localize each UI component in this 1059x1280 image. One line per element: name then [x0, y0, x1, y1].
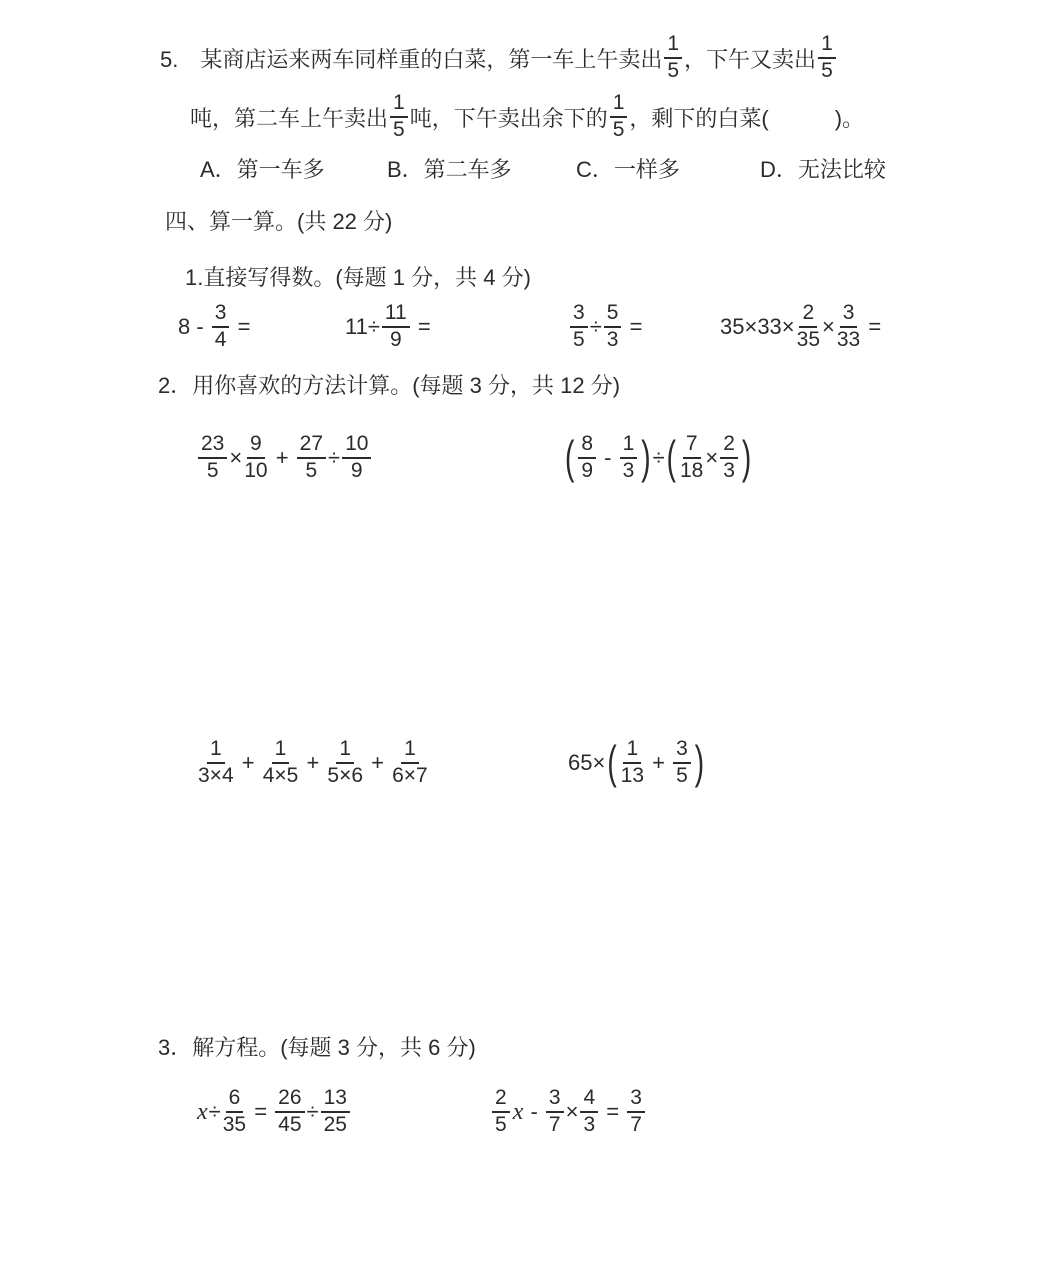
fraction-numerator: 4 [580, 1087, 598, 1113]
math-text: 11÷ [345, 314, 380, 340]
math-text: - [598, 445, 618, 471]
fraction-denominator: 5 [305, 459, 317, 483]
fraction-numerator: 1 [207, 738, 225, 764]
fraction-numerator: 1 [664, 33, 682, 59]
part1-expr-4: 35×33×235×333 = [720, 297, 881, 357]
fraction-numerator: 6 [226, 1087, 244, 1113]
fraction-numerator: 3 [840, 302, 858, 328]
fraction-numerator: 1 [610, 92, 628, 118]
math-text: 35×33× [720, 314, 795, 340]
fraction: 35 [673, 738, 691, 787]
part1-heading: 1.直接写得数。(每题 1 分，共 4 分) [185, 261, 531, 292]
fraction-numerator: 26 [275, 1087, 304, 1113]
fraction-denominator: 5×6 [327, 764, 363, 788]
fraction-numerator: 11 [382, 302, 410, 328]
fraction-numerator: 3 [673, 738, 691, 764]
fraction-denominator: 3 [607, 328, 619, 352]
part2-expr-4: 65×(113 + 35) [568, 727, 706, 799]
math-text: ，剩下的白菜( )。 [629, 102, 864, 133]
fraction-numerator: 1 [336, 738, 354, 764]
math-text: = [600, 1099, 625, 1125]
fraction: 15×6 [327, 738, 363, 787]
fraction-denominator: 9 [390, 328, 402, 352]
part3-heading: 3．解方程。(每题 3 分，共 6 分) [158, 1031, 476, 1062]
fraction: 235 [198, 433, 227, 482]
part2-expr-2: (89 - 13)÷(718×23) [563, 422, 753, 494]
fraction-numerator: 1 [401, 738, 419, 764]
math-text: ÷ [209, 1099, 221, 1125]
fraction: 235 [797, 302, 820, 351]
part1-expr-1: 8 - 34 = [178, 297, 250, 357]
left-paren: ( [607, 740, 616, 786]
fraction: 109 [342, 433, 371, 482]
math-text: 65× [568, 750, 605, 776]
fraction-denominator: 4×5 [263, 764, 299, 788]
fraction-numerator: 3 [546, 1087, 564, 1113]
math-text: + [300, 750, 325, 776]
variable: x [197, 1099, 208, 1126]
fraction-numerator: 5 [604, 302, 622, 328]
part1-expr-2: 11÷119 = [345, 297, 431, 357]
math-text: = [248, 1099, 273, 1125]
fraction-numerator: 2 [799, 302, 817, 328]
fraction-numerator: 1 [620, 433, 638, 459]
fraction-numerator: 3 [627, 1087, 645, 1113]
part2-expr-1: 235×910 + 275÷109 [196, 422, 373, 494]
fraction-denominator: 3×4 [198, 764, 234, 788]
fraction-numerator: 13 [321, 1087, 350, 1113]
fraction-denominator: 6×7 [392, 764, 428, 788]
fraction: 13 [620, 433, 638, 482]
fraction: 25 [492, 1087, 510, 1136]
question5-line1: 5. 某商店运来两车同样重的白菜，第一车上午卖出15，下午又卖出15 [160, 28, 838, 88]
fraction-numerator: 1 [272, 738, 290, 764]
math-text: ÷ [328, 445, 340, 471]
math-text: + [236, 750, 261, 776]
fraction: 275 [297, 433, 326, 482]
fraction-denominator: 5 [613, 118, 625, 142]
option-d: D．无法比较 [760, 153, 886, 184]
math-text: 吨，第二车上午卖出 [190, 102, 388, 133]
right-paren: ) [695, 740, 704, 786]
right-paren: ) [641, 435, 650, 481]
fraction-numerator: 3 [212, 302, 230, 328]
math-text: = [231, 314, 250, 340]
fraction-denominator: 5 [207, 459, 219, 483]
section4-heading: 四、算一算。(共 22 分) [165, 205, 392, 236]
fraction: 15 [390, 92, 408, 141]
worksheet-page: 5. 某商店运来两车同样重的白菜，第一车上午卖出15，下午又卖出15 吨，第二车… [0, 0, 1059, 1280]
part3-equation-2: 25x - 37×43 = 37 [490, 1078, 647, 1146]
math-text: × [705, 445, 718, 471]
fraction-numerator: 1 [818, 33, 836, 59]
part3-equation-1: x÷635 = 2645÷1325 [196, 1078, 352, 1146]
fraction-denominator: 10 [244, 459, 267, 483]
math-text: × [566, 1099, 579, 1125]
fraction: 23 [720, 433, 738, 482]
fraction: 35 [570, 302, 588, 351]
fraction: 2645 [275, 1087, 304, 1136]
math-text: + [270, 445, 295, 471]
option-c: C．一样多 [576, 153, 680, 184]
fraction: 37 [627, 1087, 645, 1136]
fraction: 53 [604, 302, 622, 351]
fraction-denominator: 9 [581, 459, 593, 483]
fraction: 15 [818, 33, 836, 82]
fraction-denominator: 33 [837, 328, 860, 352]
fraction: 37 [546, 1087, 564, 1136]
fraction-denominator: 5 [821, 59, 833, 83]
fraction-denominator: 13 [621, 764, 644, 788]
fraction-numerator: 2 [492, 1087, 510, 1113]
math-text: = [862, 314, 881, 340]
fraction-denominator: 5 [393, 118, 405, 142]
fraction-numerator: 27 [297, 433, 326, 459]
fraction: 910 [244, 433, 267, 482]
fraction-denominator: 4 [215, 328, 227, 352]
fraction: 14×5 [263, 738, 299, 787]
fraction-numerator: 8 [578, 433, 596, 459]
fraction: 13×4 [198, 738, 234, 787]
fraction-denominator: 5 [573, 328, 585, 352]
math-text: ，下午又卖出 [684, 43, 816, 74]
fraction-numerator: 23 [198, 433, 227, 459]
fraction: 43 [580, 1087, 598, 1136]
fraction-denominator: 5 [676, 764, 688, 788]
fraction: 15 [610, 92, 628, 141]
fraction-denominator: 35 [223, 1113, 246, 1137]
math-text: - [524, 1099, 544, 1125]
fraction-denominator: 25 [324, 1113, 347, 1137]
fraction: 15 [664, 33, 682, 82]
math-text: ÷ [653, 445, 665, 471]
math-text: × [229, 445, 242, 471]
fraction-numerator: 1 [623, 738, 641, 764]
fraction: 635 [223, 1087, 246, 1136]
fraction-numerator: 7 [683, 433, 701, 459]
right-paren: ) [742, 435, 751, 481]
fraction-denominator: 35 [797, 328, 820, 352]
left-paren: ( [565, 435, 574, 481]
math-text: = [623, 314, 642, 340]
variable: x [513, 1099, 524, 1126]
fraction-denominator: 7 [549, 1113, 561, 1137]
fraction-denominator: 18 [680, 459, 703, 483]
math-text: ÷ [590, 314, 602, 340]
part2-heading: 2．用你喜欢的方法计算。(每题 3 分，共 12 分) [158, 369, 620, 400]
fraction-denominator: 45 [278, 1113, 301, 1137]
fraction-numerator: 9 [247, 433, 265, 459]
fraction: 333 [837, 302, 860, 351]
math-text: 5. 某商店运来两车同样重的白菜，第一车上午卖出 [160, 43, 662, 74]
option-b: B．第二车多 [387, 153, 512, 184]
fraction-denominator: 3 [583, 1113, 595, 1137]
math-text: × [822, 314, 835, 340]
fraction-denominator: 9 [351, 459, 363, 483]
option-a: A．第一车多 [200, 153, 325, 184]
math-text: 8 - [178, 314, 210, 340]
fraction: 34 [212, 302, 230, 351]
fraction: 113 [621, 738, 644, 787]
question5-line2: 吨，第二车上午卖出15吨，下午卖出余下的15，剩下的白菜( )。 [190, 87, 864, 147]
fraction-denominator: 5 [667, 59, 679, 83]
fraction: 119 [382, 302, 410, 351]
part2-expr-3: 13×4 + 14×5 + 15×6 + 16×7 [196, 727, 430, 799]
fraction-denominator: 7 [630, 1113, 642, 1137]
math-text: + [365, 750, 390, 776]
math-text: = [412, 314, 431, 340]
fraction: 89 [578, 433, 596, 482]
fraction-numerator: 1 [390, 92, 408, 118]
part1-expr-3: 35÷53 = [568, 297, 642, 357]
fraction: 16×7 [392, 738, 428, 787]
fraction-denominator: 3 [623, 459, 635, 483]
left-paren: ( [667, 435, 676, 481]
fraction-numerator: 10 [342, 433, 371, 459]
fraction-denominator: 5 [495, 1113, 507, 1137]
fraction-numerator: 3 [570, 302, 588, 328]
math-text: + [646, 750, 671, 776]
fraction-denominator: 3 [723, 459, 735, 483]
question5-options-row: A．第一车多 B．第二车多 C．一样多 D．无法比较 [0, 153, 1059, 181]
math-text: 吨，下午卖出余下的 [410, 102, 608, 133]
fraction: 1325 [321, 1087, 350, 1136]
fraction-numerator: 2 [720, 433, 738, 459]
fraction: 718 [680, 433, 703, 482]
math-text: ÷ [307, 1099, 319, 1125]
